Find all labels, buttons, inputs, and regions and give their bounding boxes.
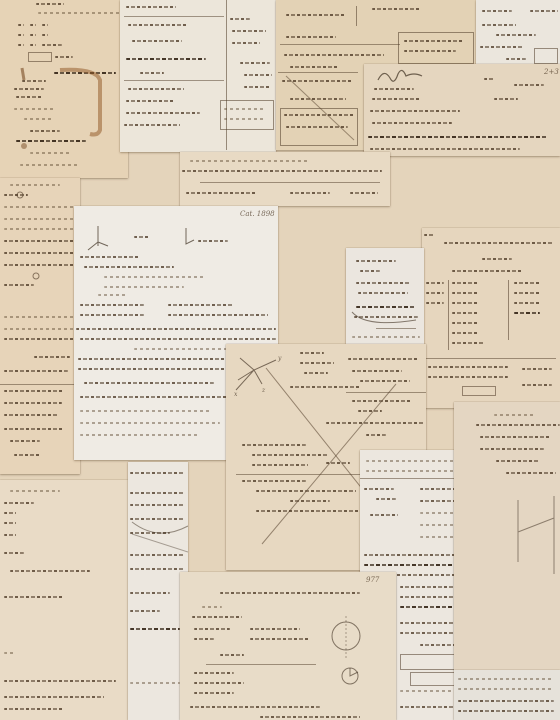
manuscript-page-bottom-right <box>454 670 560 720</box>
manuscript-page-bottom-left <box>0 480 128 720</box>
manuscript-page-top-right <box>476 0 560 66</box>
manuscript-page-left-middle <box>0 178 80 474</box>
svg-text:z: z <box>261 387 266 394</box>
manuscript-page-upper-right: 2+3 <box>364 64 560 156</box>
parallel-lines-sketch <box>454 402 560 670</box>
manuscript-page-center-banner <box>180 152 390 206</box>
manuscript-page-bottom-center <box>128 462 188 720</box>
manuscript-page-bottom-center-circles: 977 <box>180 572 396 720</box>
manuscript-page-top-center <box>120 0 276 152</box>
manuscript-page-top-left <box>0 0 128 178</box>
svg-text:y: y <box>277 355 282 362</box>
circle-diagrams <box>180 572 396 720</box>
svg-text:x: x <box>234 391 238 398</box>
coffee-stain-mark <box>0 0 128 178</box>
manuscript-page-far-right <box>454 402 560 670</box>
manuscript-page-small-note <box>346 248 424 344</box>
manuscript-page-right-table <box>422 228 560 408</box>
